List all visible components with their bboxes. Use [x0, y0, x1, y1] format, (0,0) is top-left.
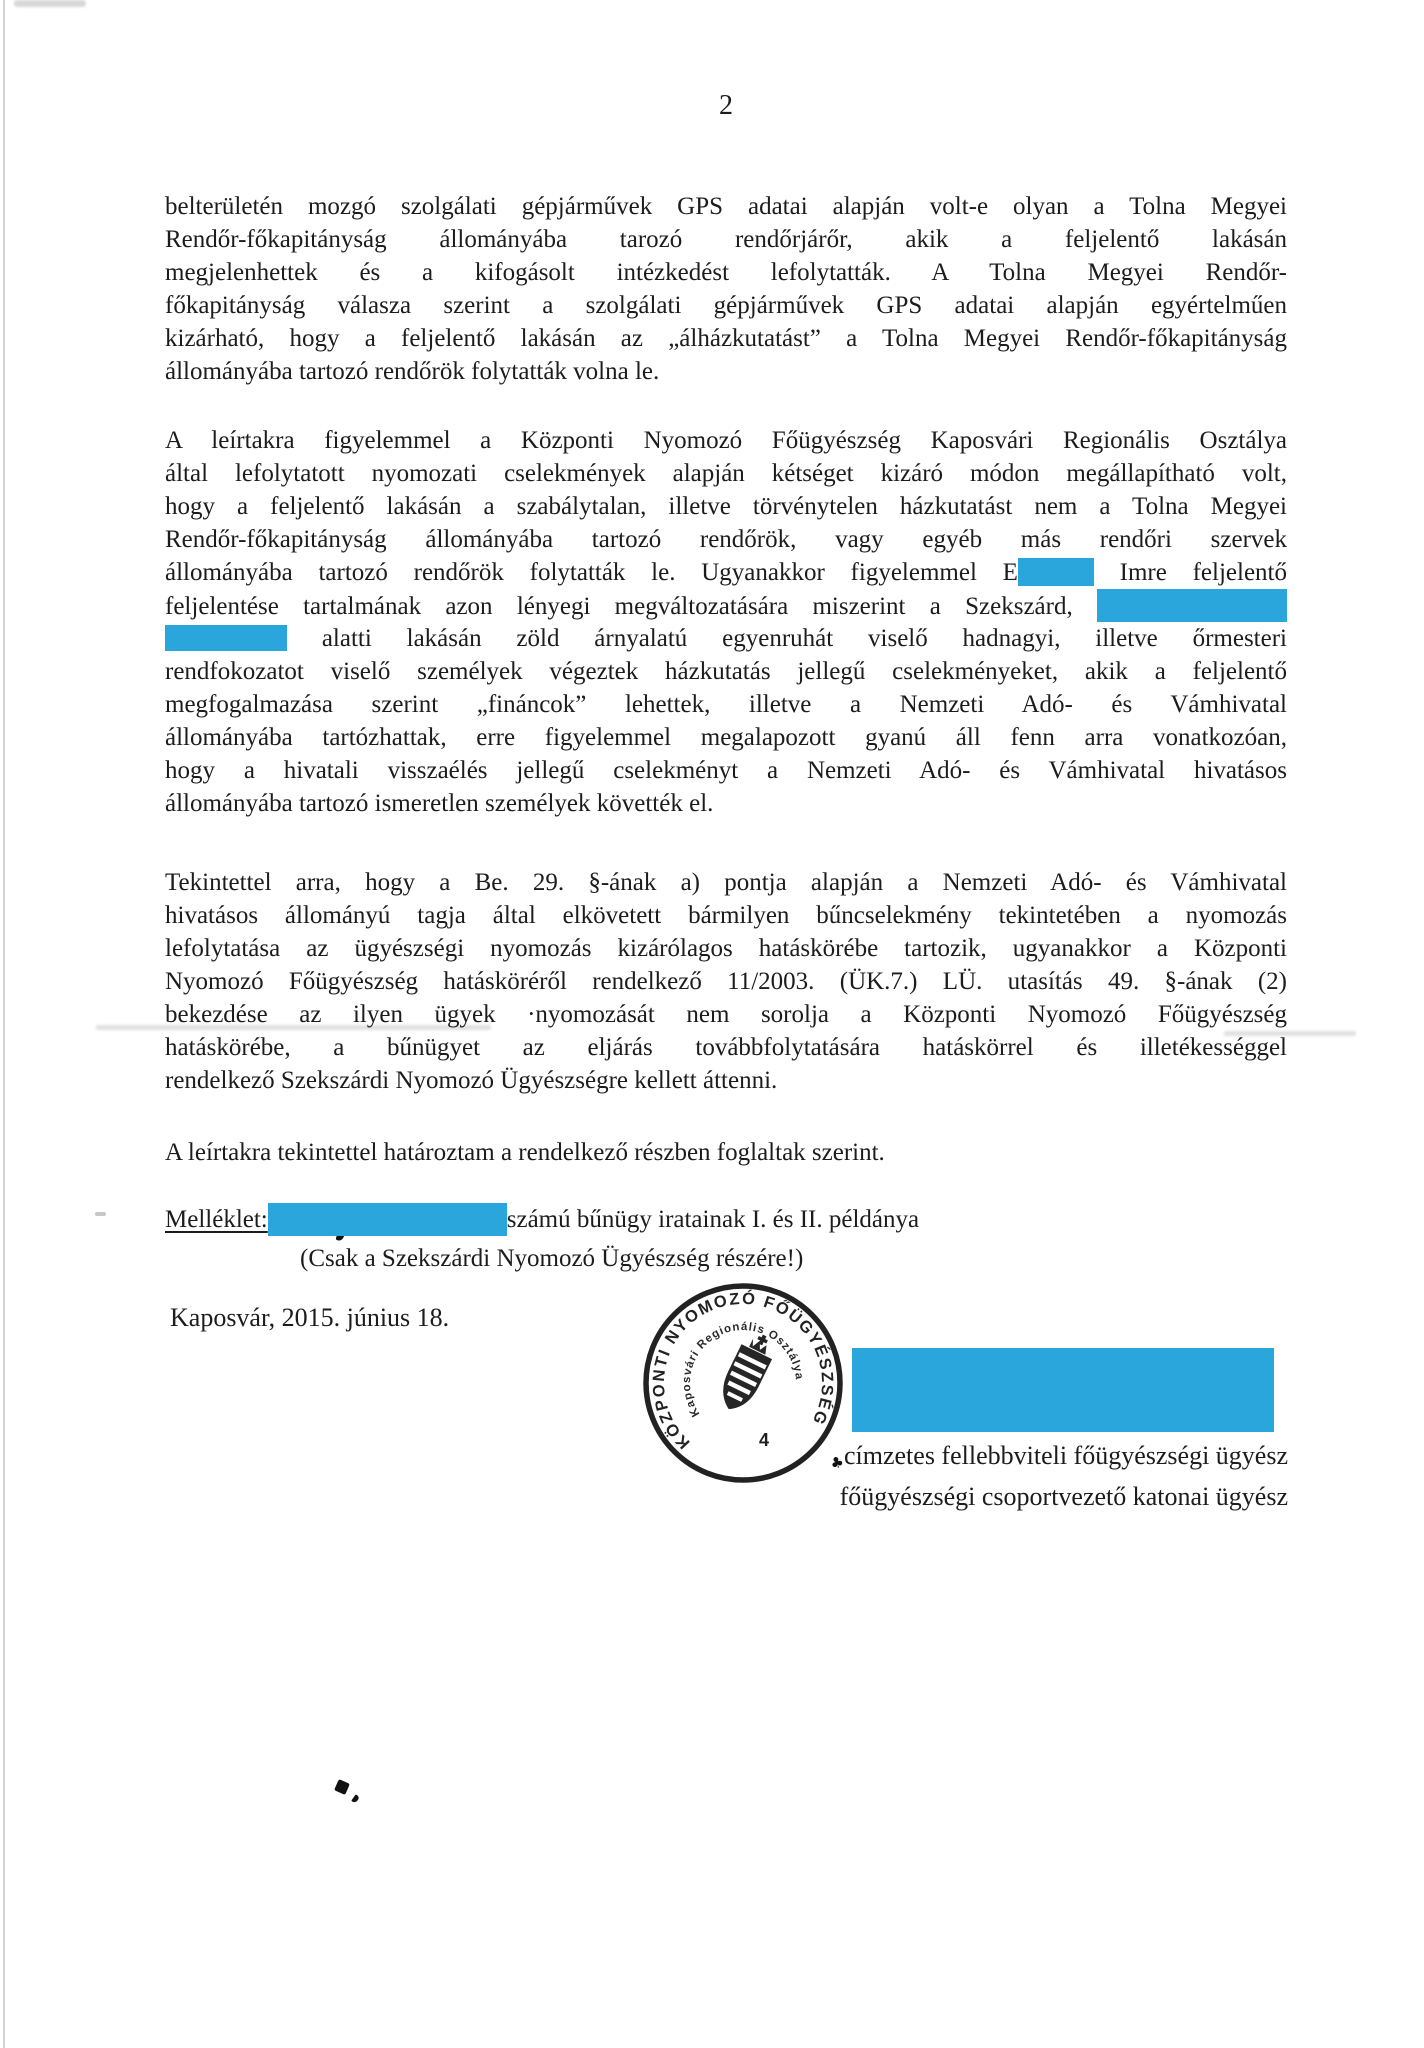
redaction-signature [852, 1348, 1274, 1432]
text-line: hogy a feljelentő lakásán a szabálytalan… [165, 490, 1287, 523]
paragraph-3: Tekintettel arra, hogy a Be. 29. §-ának … [165, 866, 1287, 1097]
text-line: által lefolytatott nyomozati cselekménye… [165, 457, 1287, 490]
text-line: rendelkező Szekszárdi Nyomozó Ügyészségr… [165, 1064, 1287, 1097]
text-line: Rendőr-főkapitányság állományába tarozó … [165, 223, 1287, 256]
attachment-label: Melléklet: [165, 1206, 268, 1233]
signature-title-line-1: ♣címzetes fellebbviteli főügyészségi ügy… [588, 1437, 1288, 1478]
text-line: hatáskörébe, a bűnügyet az eljárás továb… [165, 1031, 1287, 1064]
text-line: Nyomozó Főügyészség hatásköréről rendelk… [165, 965, 1287, 998]
text-line: megjelenhettek és a kifogásolt intézkedé… [165, 256, 1287, 289]
text-line: alatti lakásán zöld árnyalatú egyenruhát… [165, 622, 1287, 655]
paragraph-1: belterületén mozgó szolgálati gépjárműve… [165, 190, 1287, 388]
scan-edge-line [3, 0, 5, 2048]
scanned-document-page: 2 belterületén mozgó szolgálati gépjármű… [0, 0, 1424, 2048]
text-segment: Imre feljelentő [1094, 559, 1287, 586]
scan-margin-mark [95, 1212, 106, 1216]
text-line: A leírtakra figyelemmel a Központi Nyomo… [165, 424, 1287, 457]
paragraph-4: A leírtakra tekintettel határoztam a ren… [165, 1136, 1287, 1169]
coat-of-arms-icon [713, 1328, 780, 1417]
redaction-address [165, 625, 287, 651]
text-line: állományába tartozó rendőrök folytatták … [165, 355, 1287, 388]
scan-smudge [14, 0, 86, 7]
text-line: belterületén mozgó szolgálati gépjárműve… [165, 190, 1287, 223]
text-line: rendfokozatot viselő személyek végeztek … [165, 655, 1287, 688]
text-segment: feljelentése tartalmának azon lényegi me… [165, 593, 1097, 620]
text-line: állományába tartozó ismeretlen személyek… [165, 787, 1287, 820]
text-line: Rendőr-főkapitányság állományába tartozó… [165, 523, 1287, 556]
text-segment: alatti lakásán zöld árnyalatú egyenruhát… [287, 625, 1287, 652]
ink-mark-icon [351, 1794, 360, 1803]
text-line: hivatásos állományú tagja által elkövete… [165, 899, 1287, 932]
text-line: A leírtakra tekintettel határoztam a ren… [165, 1136, 1287, 1169]
text-line: hogy a hivatali visszaélés jellegű csele… [165, 754, 1287, 787]
text-line: feljelentése tartalmának azon lényegi me… [165, 589, 1287, 622]
redaction-name [1018, 558, 1094, 586]
redaction-case-number [268, 1203, 507, 1236]
text-line: kizárható, hogy a feljelentő lakásán az … [165, 322, 1287, 355]
signature-title-text: címzetes fellebbviteli főügyészségi ügyé… [844, 1441, 1288, 1470]
text-line: állományába tartozó rendőrök folytatták … [165, 556, 1287, 589]
text-line: Tekintettel arra, hogy a Be. 29. §-ának … [165, 866, 1287, 899]
page-number: 2 [165, 90, 1287, 122]
attachment-line: Melléklet:számú bűnügy iratainak I. és I… [165, 1200, 1325, 1240]
text-line: lefolytatása az ügyészségi nyomozás kizá… [165, 932, 1287, 965]
redaction-address [1097, 589, 1287, 622]
text-segment: állományába tartozó rendőrök folytatták … [165, 559, 1018, 586]
text-line: bekezdése az ilyen ügyek ·nyomozását nem… [165, 998, 1287, 1031]
signature-title-line-2: főügyészségi csoportvezető katonai ügyés… [588, 1478, 1288, 1516]
attachment-block: Melléklet:számú bűnügy iratainak I. és I… [165, 1200, 1325, 1278]
text-line: állományába tartózhattak, erre figyelemm… [165, 721, 1287, 754]
signature-block: ♣címzetes fellebbviteli főügyészségi ügy… [588, 1437, 1288, 1516]
paragraph-2: A leírtakra figyelemmel a Központi Nyomo… [165, 424, 1287, 820]
attachment-note: (Csak a Szekszárdi Nyomozó Ügyészség rés… [300, 1240, 1325, 1278]
text-line: megfogalmazása szerint „fináncok” lehett… [165, 688, 1287, 721]
ink-mark-icon [334, 1779, 350, 1795]
text-line: főkapitányság válasza szerint a szolgála… [165, 289, 1287, 322]
attachment-text: számú bűnügy iratainak I. és II. példány… [507, 1206, 919, 1233]
date-line: Kaposvár, 2015. június 18. [170, 1303, 449, 1333]
